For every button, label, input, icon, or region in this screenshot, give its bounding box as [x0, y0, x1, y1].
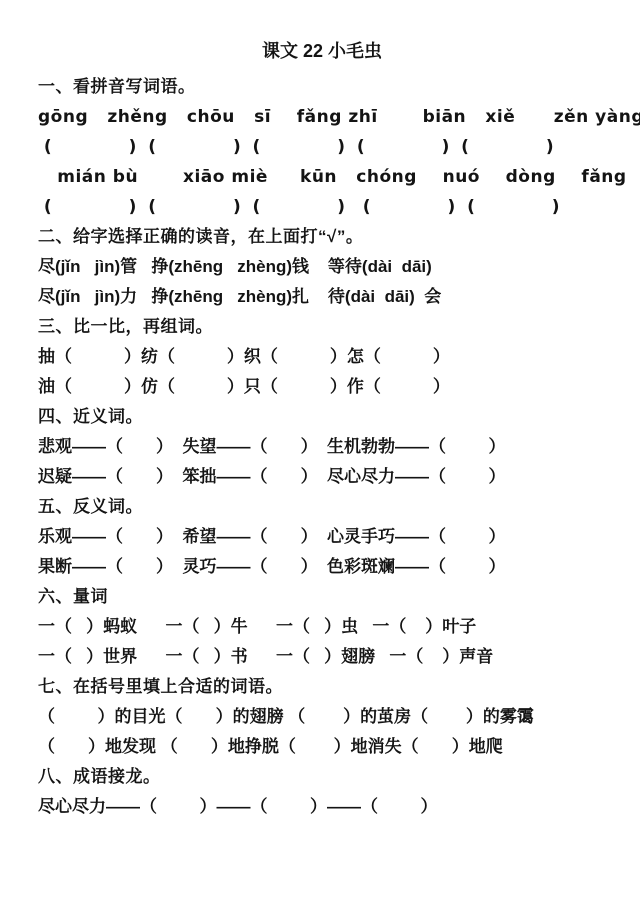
section-3-heading: 三、比一比，再组词。: [38, 312, 606, 342]
worksheet-page: 课文 22 小毛虫 一、看拼音写词语。 gōng zhěng chōu sī f…: [0, 0, 640, 906]
antonym-row-1: 乐观——（ ） 希望——（ ） 心灵手巧——（ ）: [38, 522, 606, 552]
section-2-heading: 二、给字选择正确的读音，在上面打“√”。: [38, 222, 606, 252]
answer-blank-row-2: ( ) ( ) ( ) ( ) ( ): [38, 192, 606, 222]
pronunciation-row-2: 尽(jǐn jìn)力 挣(zhēng zhèng)扎 待(dài dāi) 会: [38, 282, 606, 312]
word-group-row-1: 抽（ ）纺（ ）织（ ）怎（ ）: [38, 342, 606, 372]
pinyin-row-1: gōng zhěng chōu sī fǎng zhī biān xiě zěn…: [38, 102, 606, 132]
section-4-heading: 四、近义词。: [38, 402, 606, 432]
word-group-row-2: 油（ ）仿（ ）只（ ）作（ ）: [38, 372, 606, 402]
section-1-heading: 一、看拼音写词语。: [38, 72, 606, 102]
synonym-row-2: 迟疑——（ ） 笨拙——（ ） 尽心尽力——（ ）: [38, 462, 606, 492]
measure-word-row-1: 一（ ）蚂蚁 一（ ）牛 一（ ）虫 一（ ）叶子: [38, 612, 606, 642]
fill-word-row-2: （ ）地发现 （ ）地挣脱（ ）地消失（ ）地爬: [38, 732, 606, 762]
section-8-heading: 八、成语接龙。: [38, 762, 606, 792]
pinyin-row-2: mián bù xiāo miè kūn chóng nuó dòng fǎng…: [38, 162, 606, 192]
fill-word-row-1: （ ）的目光（ ）的翅膀 （ ）的茧房（ ）的雾霭: [38, 702, 606, 732]
section-5-heading: 五、反义词。: [38, 492, 606, 522]
antonym-row-2: 果断——（ ） 灵巧——（ ） 色彩斑斓——（ ）: [38, 552, 606, 582]
section-7-heading: 七、在括号里填上合适的词语。: [38, 672, 606, 702]
synonym-row-1: 悲观——（ ） 失望——（ ） 生机勃勃——（ ）: [38, 432, 606, 462]
measure-word-row-2: 一（ ）世界 一（ ）书 一（ ）翅膀 一（ ）声音: [38, 642, 606, 672]
pronunciation-row-1: 尽(jǐn jìn)管 挣(zhēng zhèng)钱 等待(dài dāi): [38, 252, 606, 282]
answer-blank-row-1: ( ) ( ) ( ) ( ) ( ): [38, 132, 606, 162]
idiom-chain-row: 尽心尽力——（ ）——（ ）——（ ）: [38, 792, 606, 822]
page-title: 课文 22 小毛虫: [38, 36, 606, 66]
section-6-heading: 六、量词: [38, 582, 606, 612]
